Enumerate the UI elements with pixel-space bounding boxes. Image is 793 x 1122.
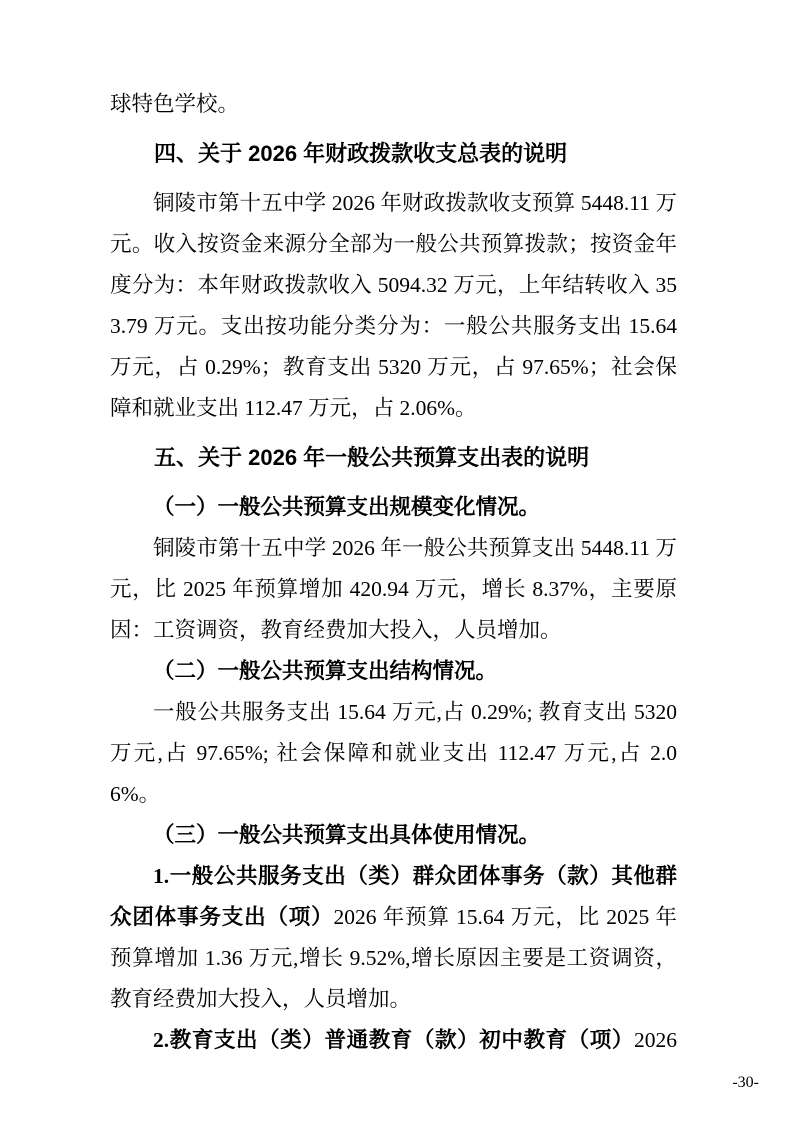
item-2-text: 2026 <box>634 1028 677 1052</box>
document-body: 球特色学校。 四、关于 2026 年财政拨款收支总表的说明 铜陵市第十五中学 2… <box>110 84 677 1061</box>
section-heading-4: 四、关于 2026 年财政拨款收支总表的说明 <box>110 133 677 174</box>
document-page: 球特色学校。 四、关于 2026 年财政拨款收支总表的说明 铜陵市第十五中学 2… <box>0 0 793 1122</box>
paragraph-continuation: 球特色学校。 <box>110 84 677 125</box>
paragraph-numbered-item-2: 2.教育支出（类）普通教育（款）初中教育（项）2026 <box>110 1020 677 1061</box>
subsection-heading-3: （三）一般公共预算支出具体使用情况。 <box>110 815 677 856</box>
paragraph-budget-scale-change: 铜陵市第十五中学 2026 年一般公共预算支出 5448.11 万元，比 202… <box>110 528 677 651</box>
section-heading-5: 五、关于 2026 年一般公共预算支出表的说明 <box>110 437 677 478</box>
subsection-heading-2: （二）一般公共预算支出结构情况。 <box>110 651 677 692</box>
item-2-bold-lead: 2.教育支出（类）普通教育（款）初中教育（项） <box>153 1028 634 1052</box>
paragraph-budget-structure: 一般公共服务支出 15.64 万元,占 0.29%; 教育支出 5320 万元,… <box>110 692 677 815</box>
subsection-heading-1: （一）一般公共预算支出规模变化情况。 <box>110 487 677 528</box>
paragraph-fiscal-appropriation-summary: 铜陵市第十五中学 2026 年财政拨款收支预算 5448.11 万元。收入按资金… <box>110 183 677 429</box>
paragraph-numbered-item-1: 1.一般公共服务支出（类）群众团体事务（款）其他群众团体事务支出（项）2026 … <box>110 856 677 1020</box>
page-number: -30- <box>732 1074 759 1092</box>
